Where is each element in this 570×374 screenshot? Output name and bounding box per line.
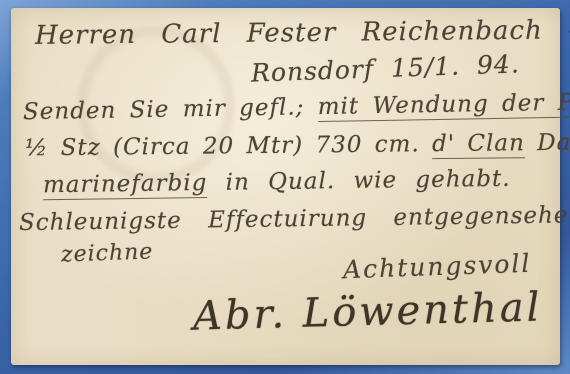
body-line-urgency: Schleunigste Effectuirung entgegensehend (19, 202, 570, 236)
scan-backdrop: Herren Carl Fester Reichenbach — Ronsdor… (0, 0, 570, 374)
dateline-text: Ronsdorf 15/1. 94. (251, 49, 521, 87)
color-underlined-text: marinefarbig (43, 170, 208, 200)
signature-text: Abr. Löwenthal (192, 284, 543, 339)
article-rest-text: Damentuch (537, 129, 570, 156)
closing-line: Achtungsvoll (343, 249, 532, 285)
request-pre-text: Senden Sie mir gefl.; (23, 94, 305, 125)
signoff-intro-text: zeichne (61, 239, 154, 267)
addressee-text: Herren Carl Fester Reichenbach — (35, 15, 570, 51)
order-quantity-text: ½ Stz (Circa 20 Mtr) 730 cm. (25, 131, 420, 161)
body-line-signoff: zeichne (61, 239, 154, 267)
closing-text: Achtungsvoll (343, 249, 532, 285)
urgency-text: Schleunigste Effectuirung entgegensehend (19, 202, 570, 236)
body-line-color: marinefarbig in Qual. wie gehabt. (43, 166, 511, 199)
signature: Abr. Löwenthal (192, 284, 543, 339)
dateline: Ronsdorf 15/1. 94. (251, 49, 521, 87)
request-underlined-text: mit Wendung der Post: (318, 89, 570, 122)
postcard: Herren Carl Fester Reichenbach — Ronsdor… (11, 8, 560, 365)
article-underlined-text: d' Clan (432, 130, 525, 159)
color-rest-text: in Qual. wie gehabt. (225, 166, 510, 196)
addressee-line: Herren Carl Fester Reichenbach — (35, 15, 570, 51)
